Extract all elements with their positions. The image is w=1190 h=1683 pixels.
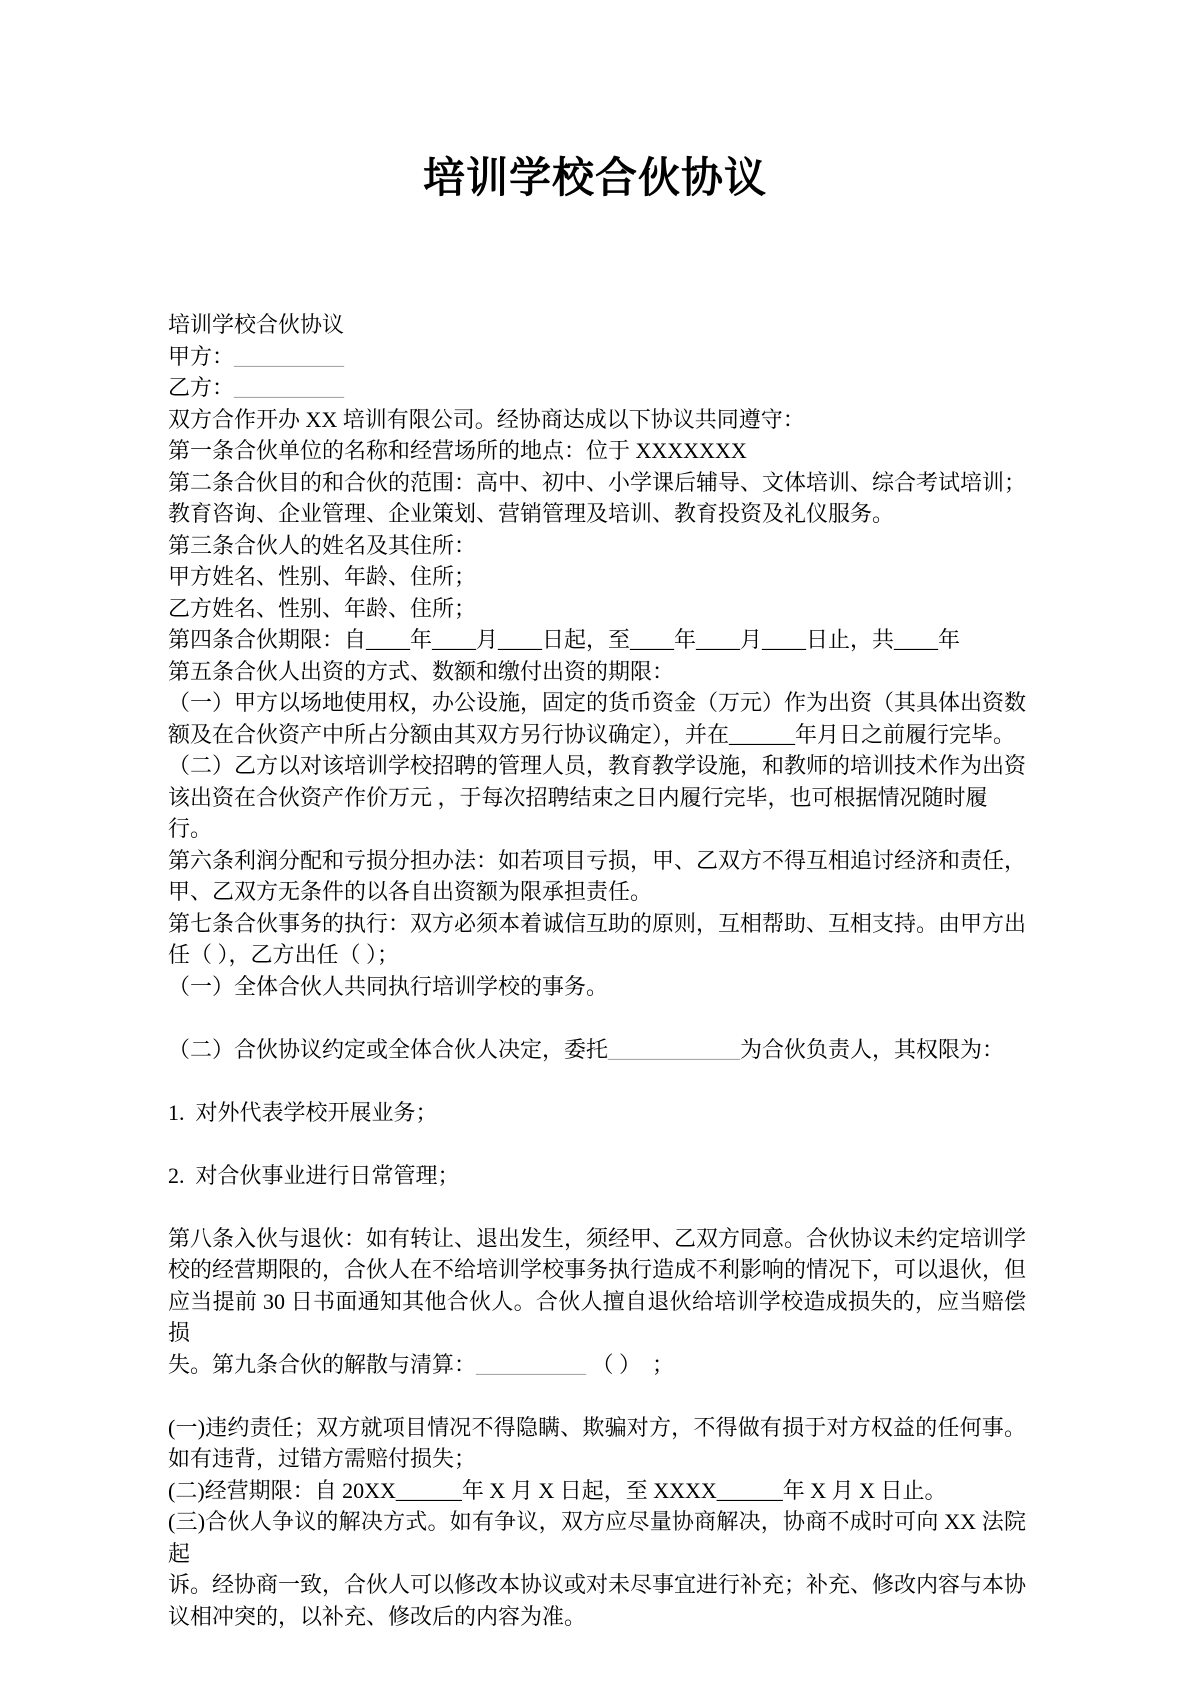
document-line: (一)违约责任；双方就项目情况不得隐瞒、欺骗对方，不得做有损于对方权益的任何事。	[168, 1412, 1026, 1444]
document-page: 培训学校合伙协议 培训学校合伙协议甲方：__________乙方：_______…	[0, 0, 1190, 1683]
text-segment: 2. 对合伙事业进行日常管理；	[168, 1163, 460, 1188]
document-line: 第一条合伙单位的名称和经营场所的地点：位于 XXXXXXX	[168, 435, 1026, 467]
text-segment: 该出资在合伙资产作价万元 ，于每次招聘结束之日内履行完毕，也可根据情况随时履行。	[168, 785, 988, 842]
document-line: 2. 对合伙事业进行日常管理；	[168, 1160, 1026, 1192]
text-segment: 为合伙负责人，其权限为：	[740, 1037, 1004, 1062]
fill-in-blank: ____________	[608, 1037, 740, 1062]
text-segment: 第二条合伙目的和合伙的范围：高中、初中、小学课后辅导、文体培训、综合考试培训；	[168, 470, 1026, 495]
document-title: 培训学校合伙协议	[0, 0, 1190, 208]
document-line: 甲方姓名、性别、年龄、住所；	[168, 561, 1026, 593]
blank-line	[168, 1380, 1026, 1412]
text-segment: 第四条合伙期限：自____年____月____日起，至____年____月___…	[168, 627, 960, 652]
text-segment: 甲方：	[168, 344, 234, 369]
text-segment: (二)经营期限：自 20XX______年 X 月 X 日起，至 XXXX___…	[168, 1478, 947, 1503]
document-line: 双方合作开办 XX 培训有限公司。经协商达成以下协议共同遵守：	[168, 404, 1026, 436]
document-line: 第四条合伙期限：自____年____月____日起，至____年____月___…	[168, 624, 1026, 656]
text-segment: （一）甲方以场地使用权，办公设施，固定的货币资金（万元）作为出资（其具体出资数	[168, 690, 1026, 715]
document-line: 乙方姓名、性别、年龄、住所；	[168, 593, 1026, 625]
text-segment: （二）乙方以对该培训学校招聘的管理人员，教育教学设施，和教师的培训技术作为出资	[168, 753, 1026, 778]
text-segment: 议相冲突的，以补充、修改后的内容为准。	[168, 1604, 586, 1629]
text-segment: (一)违约责任；双方就项目情况不得隐瞒、欺骗对方，不得做有损于对方权益的任何事。	[168, 1415, 1026, 1440]
document-line: 第五条合伙人出资的方式、数额和缴付出资的期限：	[168, 656, 1026, 688]
text-segment: 第八条入伙与退伙：如有转让、退出发生，须经甲、乙双方同意。合伙协议未约定培训学	[168, 1226, 1026, 1251]
text-segment: 第五条合伙人出资的方式、数额和缴付出资的期限：	[168, 659, 674, 684]
document-line: （二）合伙协议约定或全体合伙人决定，委托____________为合伙负责人，其…	[168, 1034, 1026, 1066]
document-line: 第三条合伙人的姓名及其住所：	[168, 530, 1026, 562]
text-segment: （二）合伙协议约定或全体合伙人决定，委托	[168, 1037, 608, 1062]
text-segment: （一）全体合伙人共同执行培训学校的事务。	[168, 974, 608, 999]
text-segment: 甲方姓名、性别、年龄、住所；	[168, 564, 476, 589]
blank-line	[168, 1128, 1026, 1160]
text-segment: 第六条利润分配和亏损分担办法：如若项目亏损，甲、乙双方不得互相追讨经济和责任，	[168, 848, 1026, 873]
text-segment: 1. 对外代表学校开展业务；	[168, 1100, 438, 1125]
document-line: 议相冲突的，以补充、修改后的内容为准。	[168, 1601, 1026, 1633]
document-line: 第二条合伙目的和合伙的范围：高中、初中、小学课后辅导、文体培训、综合考试培训；	[168, 467, 1026, 499]
text-segment: 校的经营期限的，合伙人在不给培训学校事务执行造成不利影响的情况下，可以退伙，但	[168, 1257, 1026, 1282]
document-line: (三)合伙人争议的解决方式。如有争议，双方应尽量协商解决，协商不成时可向 XX …	[168, 1506, 1026, 1569]
document-line: （一）甲方以场地使用权，办公设施，固定的货币资金（万元）作为出资（其具体出资数	[168, 687, 1026, 719]
text-segment: 如有违背，过错方需赔付损失；	[168, 1446, 476, 1471]
text-segment: 培训学校合伙协议	[168, 312, 344, 337]
document-line: 1. 对外代表学校开展业务；	[168, 1097, 1026, 1129]
document-body: 培训学校合伙协议甲方：__________乙方：__________双方合作开办…	[168, 309, 1026, 1632]
text-segment: 第一条合伙单位的名称和经营场所的地点：位于 XXXXXXX	[168, 438, 747, 463]
document-line: 第六条利润分配和亏损分担办法：如若项目亏损，甲、乙双方不得互相追讨经济和责任，	[168, 845, 1026, 877]
document-line: 如有违背，过错方需赔付损失；	[168, 1443, 1026, 1475]
document-line: 培训学校合伙协议	[168, 309, 1026, 341]
text-segment: 双方合作开办 XX 培训有限公司。经协商达成以下协议共同遵守：	[168, 407, 805, 432]
document-line: 额及在合伙资产中所占分额由其双方另行协议确定），并在______年月日之前履行完…	[168, 719, 1026, 751]
document-line: 教育咨询、企业管理、企业策划、营销管理及培训、教育投资及礼仪服务。	[168, 498, 1026, 530]
document-line: (二)经营期限：自 20XX______年 X 月 X 日起，至 XXXX___…	[168, 1475, 1026, 1507]
text-segment: （ ） ；	[586, 1352, 674, 1377]
document-line: 甲、乙双方无条件的以各自出资额为限承担责任。	[168, 876, 1026, 908]
document-line: 任（ ），乙方出任（ ）；	[168, 939, 1026, 971]
document-line: 第七条合伙事务的执行：双方必须本着诚信互助的原则，互相帮助、互相支持。由甲方出	[168, 908, 1026, 940]
document-line: 应当提前 30 日书面通知其他合伙人。合伙人擅自退伙给培训学校造成损失的，应当赔…	[168, 1286, 1026, 1349]
blank-line	[168, 1191, 1026, 1223]
document-line: 该出资在合伙资产作价万元 ，于每次招聘结束之日内履行完毕，也可根据情况随时履行。	[168, 782, 1026, 845]
document-line: （二）乙方以对该培训学校招聘的管理人员，教育教学设施，和教师的培训技术作为出资	[168, 750, 1026, 782]
document-line: 甲方：__________	[168, 341, 1026, 373]
text-segment: 教育咨询、企业管理、企业策划、营销管理及培训、教育投资及礼仪服务。	[168, 501, 894, 526]
text-segment: 甲、乙双方无条件的以各自出资额为限承担责任。	[168, 879, 652, 904]
document-line: （一）全体合伙人共同执行培训学校的事务。	[168, 971, 1026, 1003]
text-segment: 应当提前 30 日书面通知其他合伙人。合伙人擅自退伙给培训学校造成损失的，应当赔…	[168, 1289, 1026, 1346]
fill-in-blank: __________	[476, 1352, 586, 1377]
document-line: 第八条入伙与退伙：如有转让、退出发生，须经甲、乙双方同意。合伙协议未约定培训学	[168, 1223, 1026, 1255]
blank-line	[168, 1002, 1026, 1034]
text-segment: 第三条合伙人的姓名及其住所：	[168, 533, 476, 558]
text-segment: 诉。经协商一致，合伙人可以修改本协议或对未尽事宜进行补充；补充、修改内容与本协	[168, 1572, 1026, 1597]
fill-in-blank: __________	[234, 344, 344, 369]
text-segment: 额及在合伙资产中所占分额由其双方另行协议确定），并在______年月日之前履行完…	[168, 722, 1015, 747]
text-segment: 乙方：	[168, 375, 234, 400]
text-segment: 乙方姓名、性别、年龄、住所；	[168, 596, 476, 621]
text-segment: 任（ ），乙方出任（ ）；	[168, 942, 399, 967]
document-line: 诉。经协商一致，合伙人可以修改本协议或对未尽事宜进行补充；补充、修改内容与本协	[168, 1569, 1026, 1601]
document-line: 乙方：__________	[168, 372, 1026, 404]
fill-in-blank: __________	[234, 375, 344, 400]
document-line: 失。第九条合伙的解散与清算：__________ （ ） ；	[168, 1349, 1026, 1381]
blank-line	[168, 1065, 1026, 1097]
text-segment: (三)合伙人争议的解决方式。如有争议，双方应尽量协商解决，协商不成时可向 XX …	[168, 1509, 1026, 1566]
text-segment: 失。第九条合伙的解散与清算：	[168, 1352, 476, 1377]
document-line: 校的经营期限的，合伙人在不给培训学校事务执行造成不利影响的情况下，可以退伙，但	[168, 1254, 1026, 1286]
text-segment: 第七条合伙事务的执行：双方必须本着诚信互助的原则，互相帮助、互相支持。由甲方出	[168, 911, 1026, 936]
